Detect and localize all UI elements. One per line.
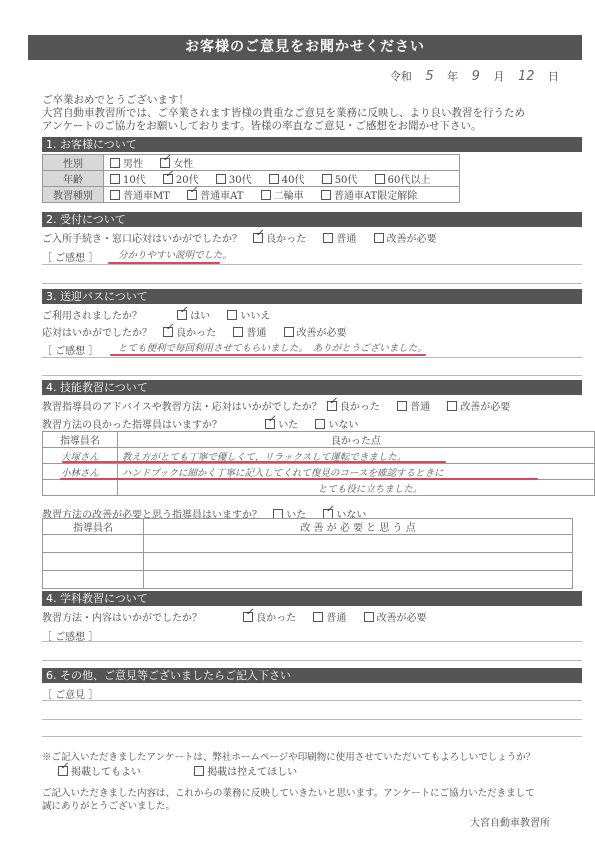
- option-allow-publish[interactable]: 掲載してもよい: [58, 767, 141, 778]
- checkbox-icon[interactable]: [322, 174, 332, 184]
- checkbox-checked-icon[interactable]: [253, 233, 263, 243]
- bus-comment-label: ［ ご感想 ］: [42, 342, 98, 357]
- row-gender: 性別 男性 女性: [43, 155, 460, 171]
- option-normal[interactable]: 普通: [323, 234, 356, 245]
- table-header: 指導員名 良かった点: [43, 432, 595, 448]
- option-40s[interactable]: 40代: [269, 175, 305, 186]
- option-yes[interactable]: いた: [265, 420, 298, 431]
- option-decline-publish[interactable]: 掲載は控えてほしい: [194, 767, 297, 778]
- customer-info-table: 性別 男性 女性 年齢 10代 20代 30代 40代 50代 60代以上 教習…: [42, 154, 460, 203]
- other-comment-label: ［ ご意見 ］: [42, 686, 98, 701]
- table-row: [43, 535, 573, 553]
- option-normal[interactable]: 普通: [397, 402, 430, 413]
- checkbox-checked-icon[interactable]: [58, 766, 68, 776]
- divider: [42, 264, 582, 265]
- good-instructor-table: 指導員名 良かった点 大塚さん 教え方がとても丁寧で優しくて、リラックスして運転…: [42, 431, 595, 496]
- good-instructor-row: 教習方法の良かった指導員はいますか？ いた いない: [42, 416, 372, 431]
- checkbox-icon[interactable]: [447, 401, 457, 411]
- section-2-header: 2. 受付について: [42, 212, 582, 227]
- form-title: お客様のご意見をお聞かせください: [28, 35, 582, 60]
- intro-text: ご卒業おめでとうございます！ 大宮自動車教習所では、ご卒業されます皆様の貴重なご…: [42, 94, 525, 133]
- option-no[interactable]: いない: [315, 420, 358, 431]
- reception-question: ご入所手続き・窓口応対はいかがでしたか？: [42, 234, 242, 245]
- option-no[interactable]: いいえ: [227, 311, 270, 322]
- date-month-unit: 月: [493, 70, 504, 83]
- label-gender: 性別: [43, 155, 104, 171]
- instructor-advice-row: 教習指導員のアドバイスや教習方法・応対はいかがでしたか？ 良かった 普通 改善が…: [42, 398, 524, 413]
- checkbox-checked-icon[interactable]: [243, 612, 253, 622]
- other-comment-line[interactable]: [42, 700, 582, 701]
- header-good-points: 良かった点: [117, 432, 594, 448]
- closing-line-2: 誠にありがとうございました。: [42, 798, 175, 812]
- reception-comment-label: ［ ご感想 ］: [42, 249, 98, 264]
- checkbox-icon[interactable]: [110, 190, 120, 200]
- improvement-point[interactable]: [144, 553, 573, 571]
- intro-line-3: アンケートのご協力をお願いしております。皆様の率直なご意見・ご感想をお聞かせ下さ…: [42, 120, 525, 133]
- checkbox-icon[interactable]: [364, 612, 374, 622]
- academic-question: 教習方法・内容はいかがでしたか？: [42, 613, 202, 624]
- checkbox-icon[interactable]: [397, 401, 407, 411]
- option-needs-improvement[interactable]: 改善が必要: [447, 402, 510, 413]
- header-improvement-points: 改 善 が 必 要 と 思 う 点: [144, 519, 573, 535]
- table-row: [43, 553, 573, 571]
- checkbox-checked-icon[interactable]: [177, 310, 187, 320]
- checkbox-icon[interactable]: [374, 233, 384, 243]
- checkbox-icon[interactable]: [110, 174, 120, 184]
- checkbox-icon[interactable]: [315, 419, 325, 429]
- good-instructor-question: 教習方法の良かった指導員はいますか？: [42, 420, 222, 431]
- checkbox-checked-icon[interactable]: [265, 419, 275, 429]
- improvement-point[interactable]: [144, 571, 573, 589]
- checkbox-checked-icon[interactable]: [327, 401, 337, 411]
- bus-usage-question: ご利用されましたか？: [42, 311, 142, 322]
- instructor-name[interactable]: [43, 553, 144, 571]
- date-day[interactable]: 12: [518, 69, 535, 84]
- section-3-header: 3. 送迎バスについて: [42, 289, 582, 304]
- option-30s[interactable]: 30代: [216, 175, 252, 186]
- option-normal[interactable]: 普通: [233, 328, 266, 339]
- row-course-type: 教習種別 普通車MT 普通車AT 二輪車 普通車AT限定解除: [43, 187, 460, 203]
- checkbox-icon[interactable]: [313, 612, 323, 622]
- reception-comment[interactable]: 分かりやすい説明でした。: [118, 247, 232, 261]
- header-instructor-name: 指導員名: [43, 519, 144, 535]
- instructor-advice-question: 教習指導員のアドバイスや教習方法・応対はいかがでしたか？: [42, 402, 322, 413]
- other-comment-line[interactable]: [42, 736, 582, 737]
- checkbox-checked-icon[interactable]: [163, 174, 173, 184]
- academic-question-row: 教習方法・内容はいかがでしたか？ 良かった 普通 改善が必要: [42, 609, 441, 624]
- bus-service-question: 応対はいかがでしたか？: [42, 328, 152, 339]
- intro-line-1: ご卒業おめでとうございます！: [42, 94, 525, 107]
- checkbox-icon[interactable]: [323, 233, 333, 243]
- red-underline: [60, 478, 538, 480]
- academic-comment-line[interactable]: [42, 660, 582, 661]
- option-at-limit-removal[interactable]: 普通車AT限定解除: [321, 191, 417, 202]
- option-50s[interactable]: 50代: [322, 175, 358, 186]
- section-4-header: 4. 技能教習について: [42, 380, 582, 395]
- option-normal[interactable]: 普通: [313, 613, 346, 624]
- row-age: 年齢 10代 20代 30代 40代 50代 60代以上: [43, 171, 460, 187]
- date-month[interactable]: 9: [472, 69, 480, 84]
- section-1-header: 1. お客様について: [42, 137, 582, 152]
- date-year-unit: 年: [447, 70, 458, 83]
- checkbox-icon[interactable]: [284, 327, 294, 337]
- bus-comment[interactable]: とても便利で毎回利用させてもらいました。 ありがとうございました。: [118, 340, 427, 354]
- instructor-name[interactable]: [43, 480, 118, 496]
- divider: [42, 375, 582, 376]
- option-good[interactable]: 良かった: [327, 402, 380, 413]
- option-needs-improvement[interactable]: 改善が必要: [374, 234, 437, 245]
- intro-line-2: 大宮自動車教習所では、ご卒業されます皆様の貴重なご意見を業務に反映し、より良い教…: [42, 107, 525, 120]
- red-underline: [110, 354, 426, 356]
- table-row: [43, 571, 573, 589]
- red-underline: [62, 461, 446, 463]
- label-course-type: 教習種別: [43, 187, 104, 203]
- option-60s-plus[interactable]: 60代以上: [375, 175, 431, 186]
- date-day-unit: 日: [548, 70, 559, 83]
- date-year[interactable]: 5: [425, 69, 433, 84]
- instructor-name[interactable]: [43, 535, 144, 553]
- instructor-name[interactable]: [43, 571, 144, 589]
- option-good[interactable]: 良かった: [163, 328, 216, 339]
- divider: [42, 283, 582, 284]
- consent-options: 掲載してもよい 掲載は控えてほしい: [58, 763, 311, 778]
- option-good[interactable]: 良かった: [253, 234, 306, 245]
- checkbox-icon[interactable]: [227, 310, 237, 320]
- option-needs-improvement[interactable]: 改善が必要: [364, 613, 427, 624]
- checkbox-icon[interactable]: [269, 174, 279, 184]
- option-at[interactable]: 普通車AT: [187, 191, 243, 202]
- checkbox-icon[interactable]: [216, 174, 226, 184]
- section-6-header: 6. その他、ご意見等ございましたらご記入下さい: [42, 668, 582, 683]
- consent-question: ※ご記入いただきましたアンケートは、弊社ホームページや印刷物に使用させていただい…: [42, 749, 535, 763]
- divider: [42, 357, 582, 358]
- good-point[interactable]: とても役に立ちました。: [117, 480, 594, 496]
- header-instructor-name: 指導員名: [43, 432, 118, 448]
- option-10s[interactable]: 10代: [110, 175, 146, 186]
- checkbox-icon[interactable]: [194, 766, 204, 776]
- date-era: 令和: [390, 70, 412, 83]
- academic-comment-line[interactable]: [42, 641, 582, 642]
- checkbox-icon[interactable]: [261, 190, 271, 200]
- checkbox-icon[interactable]: [321, 190, 331, 200]
- other-comment-line[interactable]: [42, 719, 582, 720]
- checkbox-checked-icon[interactable]: [187, 190, 197, 200]
- bus-service-row: 応対はいかがでしたか？ 良かった 普通 改善が必要: [42, 324, 361, 339]
- improvement-point[interactable]: [144, 535, 573, 553]
- bus-usage-row: ご利用されましたか？ はい いいえ: [42, 307, 284, 322]
- signature: 大宮自動車教習所: [470, 814, 550, 829]
- label-age: 年齢: [43, 171, 104, 187]
- checkbox-icon[interactable]: [233, 327, 243, 337]
- table-header: 指導員名 改 善 が 必 要 と 思 う 点: [43, 519, 573, 535]
- option-motorcycle[interactable]: 二輪車: [261, 191, 304, 202]
- checkbox-checked-icon[interactable]: [160, 158, 170, 168]
- bad-instructor-table: 指導員名 改 善 が 必 要 と 思 う 点: [42, 518, 573, 589]
- option-needs-improvement[interactable]: 改善が必要: [284, 328, 347, 339]
- table-row: とても役に立ちました。: [43, 480, 595, 496]
- section-academic-header: 4. 学科教習について: [42, 591, 582, 606]
- checkbox-icon[interactable]: [375, 174, 385, 184]
- checkbox-icon[interactable]: [110, 158, 120, 168]
- date: 令和 5 年 9 月 12 日: [390, 68, 559, 84]
- reception-question-row: ご入所手続き・窓口応対はいかがでしたか？ 良かった 普通 改善が必要: [42, 230, 451, 245]
- option-yes[interactable]: はい: [177, 311, 210, 322]
- closing-line-1: ご記入いただきました内容は、これからの業務に反映していきたいと思います。アンケー…: [42, 785, 535, 799]
- checkbox-checked-icon[interactable]: [163, 327, 173, 337]
- option-mt[interactable]: 普通車MT: [110, 191, 170, 202]
- option-good[interactable]: 良かった: [243, 613, 296, 624]
- option-male[interactable]: 男性: [110, 159, 143, 170]
